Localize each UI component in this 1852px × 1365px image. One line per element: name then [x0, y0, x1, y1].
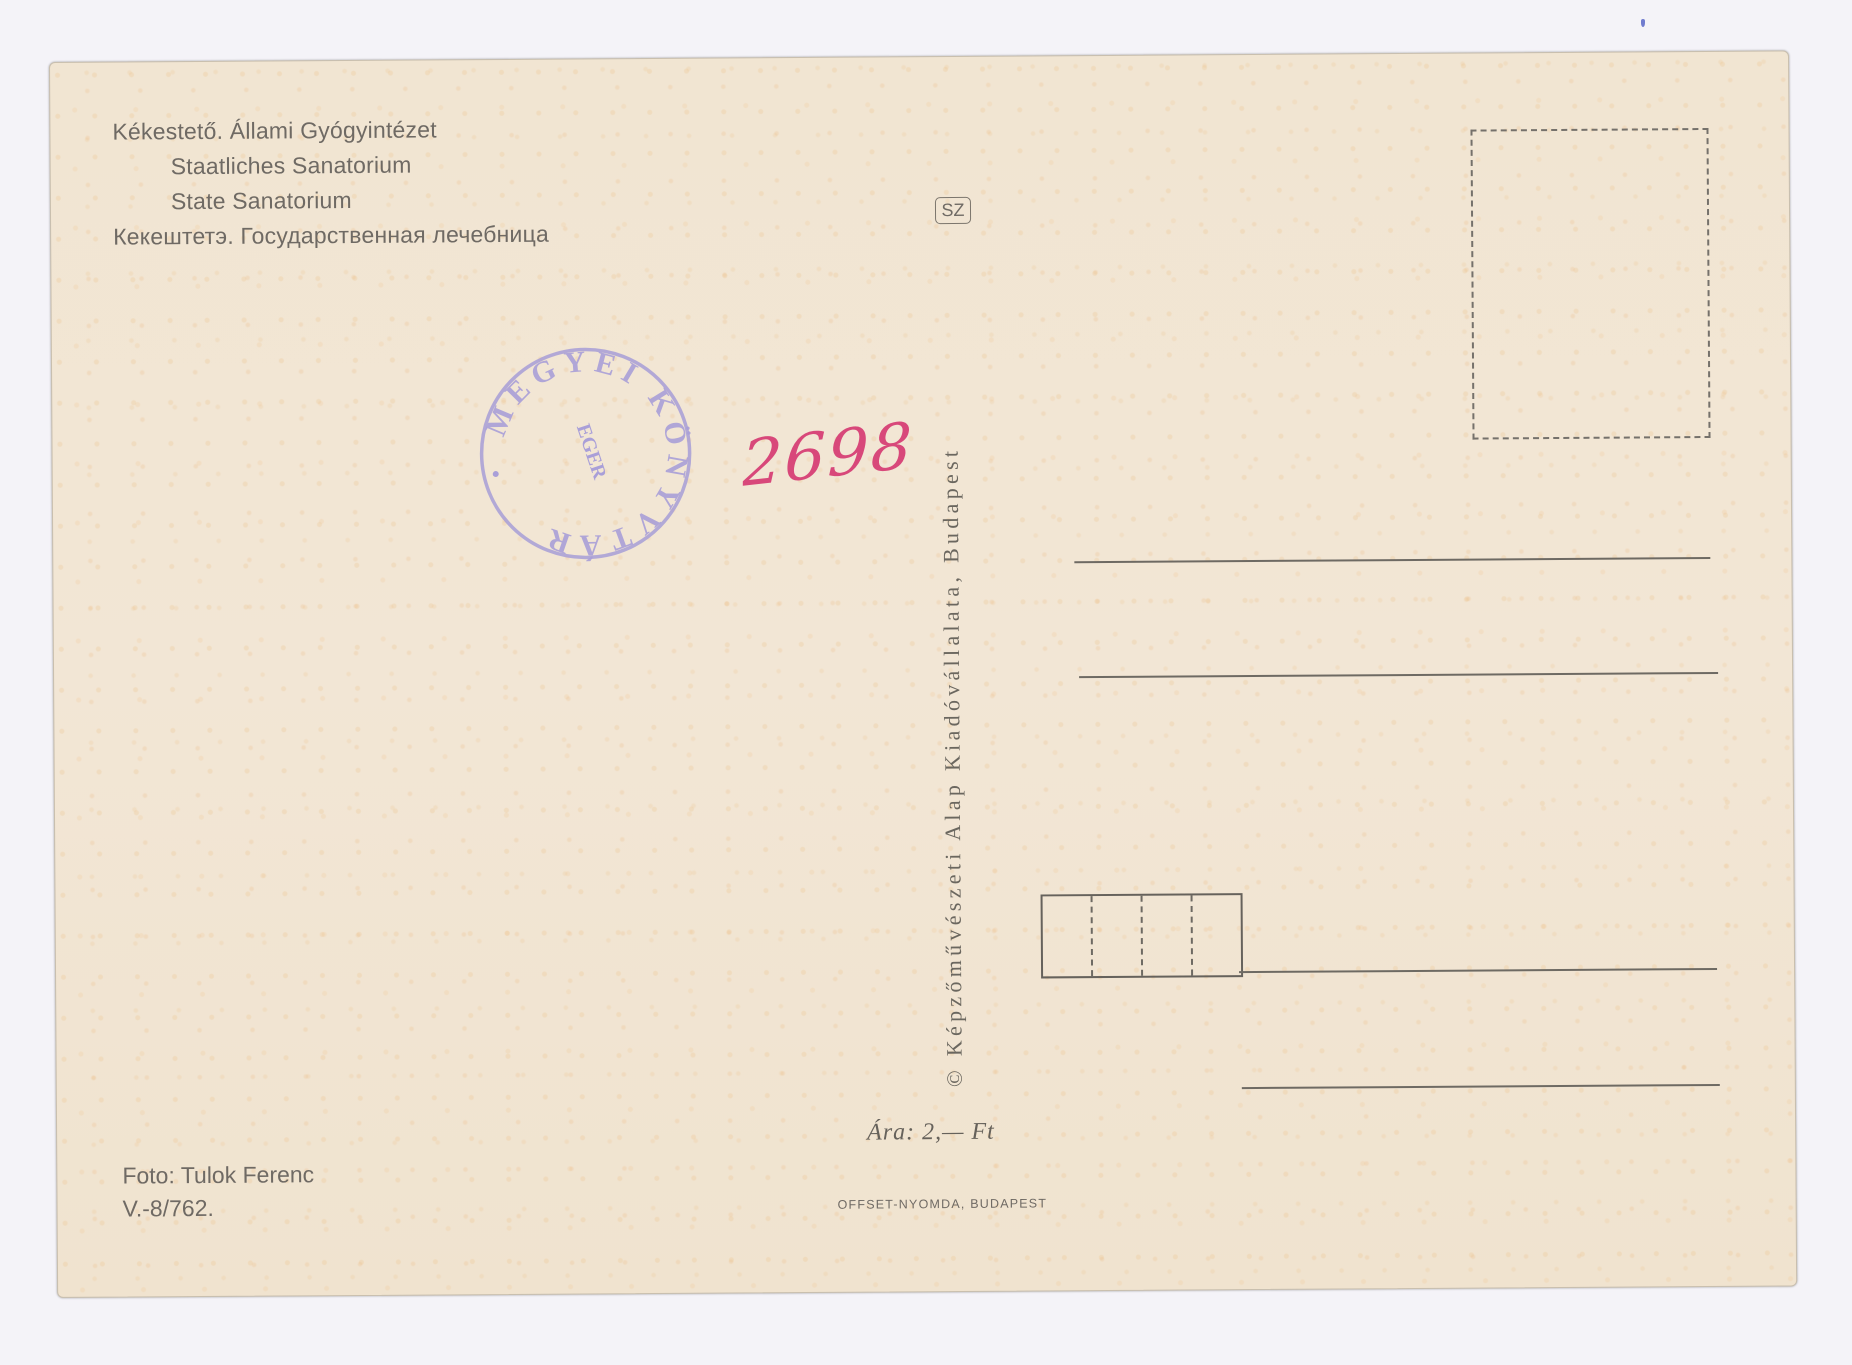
- postal-code-cell: [1043, 896, 1092, 976]
- postal-code-boxes: [1041, 893, 1244, 978]
- price-label: Ára: 2,— Ft: [867, 1119, 995, 1147]
- publisher-name: © Képzőművészeti Alap Kiadóvállalata, Bu…: [938, 447, 968, 1087]
- catalog-number: V.-8/762.: [123, 1195, 214, 1223]
- address-line-4: [1242, 1084, 1720, 1089]
- address-line-2: [1079, 672, 1718, 678]
- address-line-3: [1239, 968, 1717, 973]
- postage-stamp-area: [1470, 128, 1710, 440]
- svg-text:2698: 2698: [742, 409, 913, 497]
- postal-code-cell: [1191, 895, 1242, 975]
- caption-russian: Кекештетэ. Государственная лечебница: [113, 221, 549, 251]
- caption-hungarian: Kékestető. Állami Gyógyintézet: [112, 116, 437, 145]
- postal-code-cell: [1141, 895, 1192, 975]
- handwritten-number: 2698: [742, 405, 913, 496]
- address-line-1: [1074, 557, 1710, 563]
- svg-text:EGER: EGER: [572, 421, 611, 482]
- scan-speck: [1641, 19, 1645, 27]
- postcard: Kékestető. Állami Gyógyintézet Staatlich…: [49, 50, 1797, 1298]
- publisher-logo: SZ: [935, 197, 971, 224]
- photo-credit: Foto: Tulok Ferenc: [122, 1161, 314, 1189]
- caption-german: Staatliches Sanatorium: [171, 152, 412, 181]
- printer-label: OFFSET-NYOMDA, BUDAPEST: [838, 1196, 1048, 1211]
- postal-code-cell: [1091, 896, 1142, 976]
- caption-english: State Sanatorium: [171, 187, 352, 215]
- library-stamp: MEGYEI KÖNYVTÁR EGER: [475, 343, 696, 564]
